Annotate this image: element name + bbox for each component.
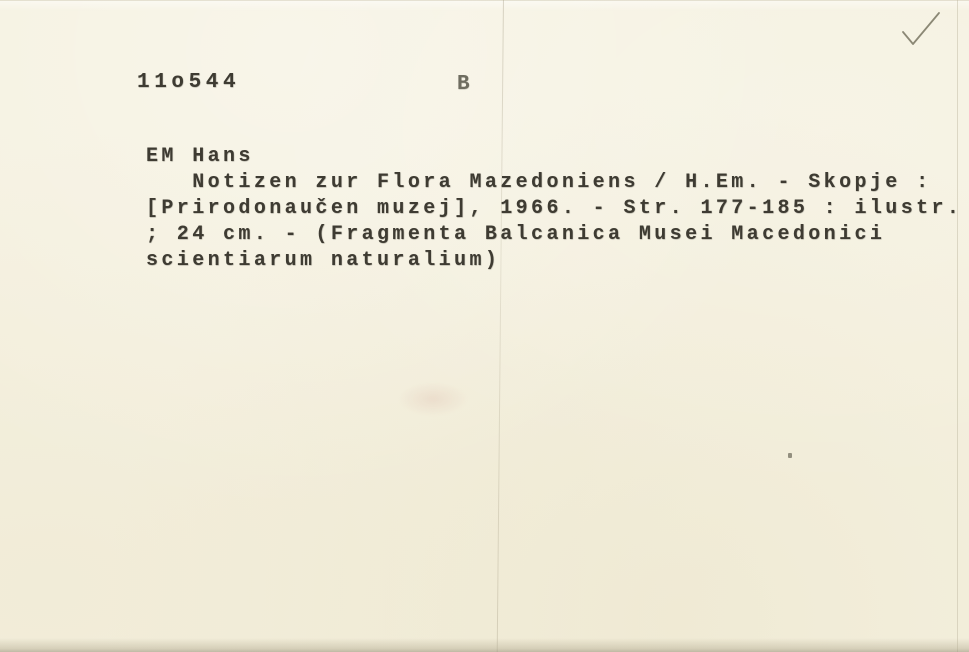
bibliographic-entry: EM Hans Notizen zur Flora Mazedoniens / … [146,144,966,274]
entry-line-collation: ; 24 cm. - (Fragmenta Balcanica Musei Ma… [146,222,966,248]
entry-line-title: Notizen zur Flora Mazedoniens / H.Em. - … [146,170,966,196]
call-number: 11o544 [137,70,240,96]
card-bottom-edge [0,638,969,652]
entry-line-author: EM Hans [146,144,966,170]
classification-letter: B [457,72,474,98]
checkmark-icon [895,8,950,53]
entry-line-imprint: [Prirodonaučen muzej], 1966. - Str. 177-… [146,196,966,222]
card-top-edge [0,0,969,11]
entry-line-series: scientiarum naturalium) [146,248,966,274]
paper-smudge [398,382,468,416]
catalog-card: 11o544 B EM Hans Notizen zur Flora Mazed… [0,0,969,652]
pencil-speck [788,453,792,458]
card-header-row: 11o544 B [0,70,969,98]
